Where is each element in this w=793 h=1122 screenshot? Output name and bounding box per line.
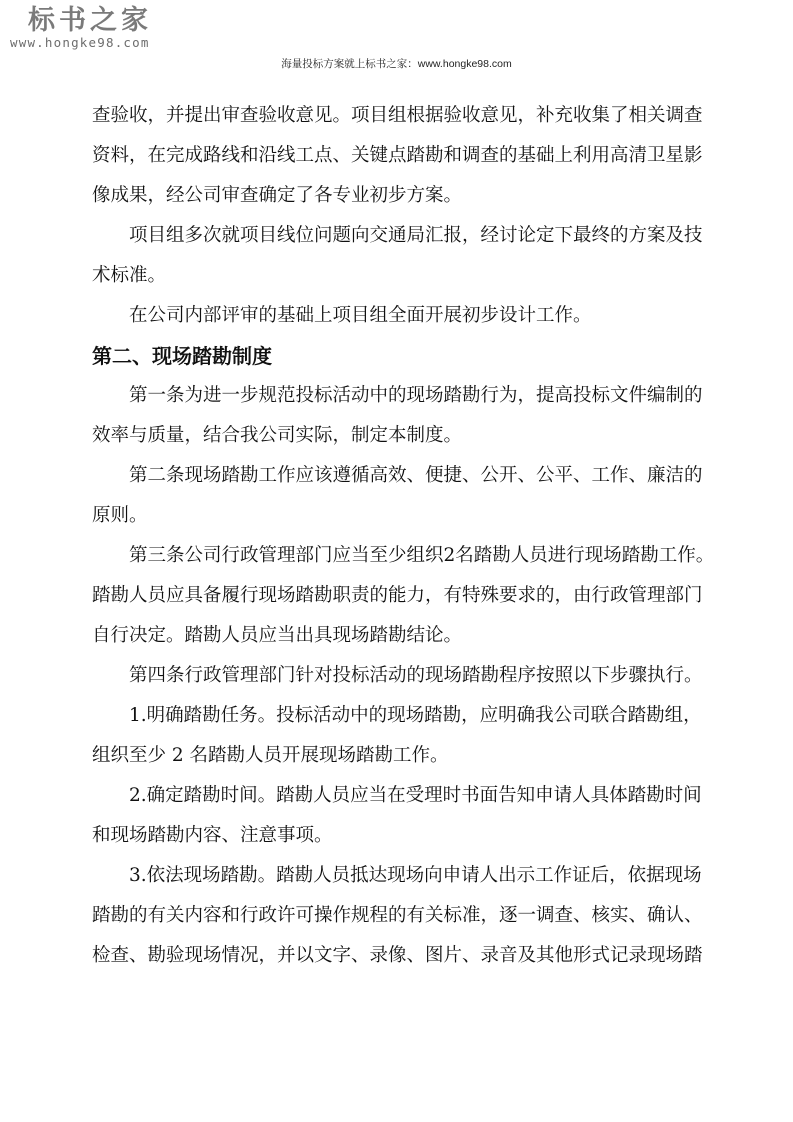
paragraph-line: 术标准。 (92, 256, 704, 296)
document-body: 查验收，并提出审查验收意见。项目组根据验收意见，补充收集了相关调查 资料，在完成… (92, 96, 704, 976)
section-heading: 第二、现场踏勘制度 (92, 336, 704, 376)
paragraph-line: 效率与质量，结合我公司实际，制定本制度。 (92, 416, 704, 456)
paragraph-line: 在公司内部评审的基础上项目组全面开展初步设计工作。 (92, 296, 704, 336)
header-note-text: 海量投标方案就上标书之家： (281, 58, 418, 70)
paragraph-line: 第一条为进一步规范投标活动中的现场踏勘行为，提高投标文件编制的 (92, 376, 704, 416)
paragraph-line: 踏勘人员应具备履行现场踏勘职责的能力，有特殊要求的，由行政管理部门 (92, 576, 704, 616)
paragraph-line: 踏勘的有关内容和行政许可操作规程的有关标准，逐一调查、核实、确认、 (92, 896, 704, 936)
paragraph-line: 和现场踏勘内容、注意事项。 (92, 816, 704, 856)
paragraph-line: 资料，在完成路线和沿线工点、关键点踏勘和调查的基础上利用高清卫星影 (92, 136, 704, 176)
paragraph-line: 3.依法现场踏勘。踏勘人员抵达现场向申请人出示工作证后，依据现场 (92, 856, 704, 896)
site-logo[interactable]: 标书之家 www.hongke98.com (8, 6, 168, 50)
paragraph-line: 检查、勘验现场情况，并以文字、录像、图片、录音及其他形式记录现场踏 (92, 936, 704, 976)
paragraph-line: 第三条公司行政管理部门应当至少组织2名踏勘人员进行现场踏勘工作。 (92, 536, 704, 576)
paragraph-line: 第二条现场踏勘工作应该遵循高效、便捷、公开、公平、工作、廉洁的 (92, 456, 704, 496)
header-note: 海量投标方案就上标书之家：www.hongke98.com (0, 56, 793, 71)
paragraph-line: 自行决定。踏勘人员应当出具现场踏勘结论。 (92, 616, 704, 656)
paragraph-line: 查验收，并提出审查验收意见。项目组根据验收意见，补充收集了相关调查 (92, 96, 704, 136)
paragraph-line: 第四条行政管理部门针对投标活动的现场踏勘程序按照以下步骤执行。 (92, 656, 704, 696)
paragraph-line: 原则。 (92, 496, 704, 536)
logo-url: www.hongke98.com (10, 36, 168, 50)
paragraph-line: 项目组多次就项目线位问题向交通局汇报，经讨论定下最终的方案及技 (92, 216, 704, 256)
paragraph-line: 1.明确踏勘任务。投标活动中的现场踏勘，应明确我公司联合踏勘组， (92, 696, 704, 736)
paragraph-line: 组织至少 2 名踏勘人员开展现场踏勘工作。 (92, 736, 704, 776)
paragraph-line: 像成果，经公司审查确定了各专业初步方案。 (92, 176, 704, 216)
logo-title: 标书之家 (28, 6, 168, 36)
paragraph-line: 2.确定踏勘时间。踏勘人员应当在受理时书面告知申请人具体踏勘时间 (92, 776, 704, 816)
header-note-url[interactable]: www.hongke98.com (418, 58, 512, 70)
